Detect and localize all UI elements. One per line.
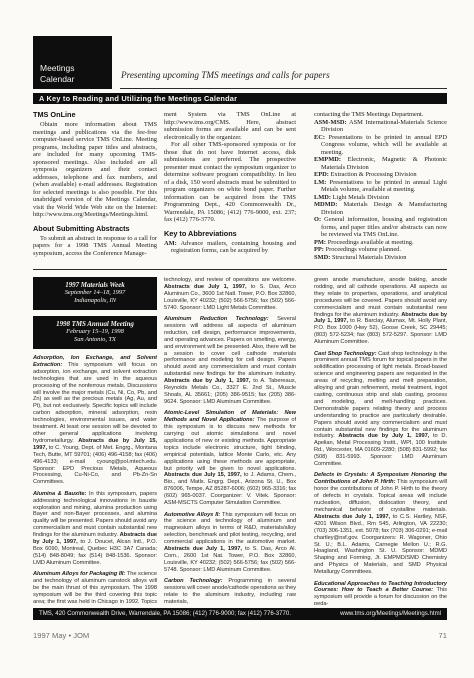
symposium-entry: Educational Approaches to Teaching Intro… (314, 581, 447, 605)
meeting-location: Indianapolis, IN (35, 297, 155, 305)
key-column-2: ment System via TMS OnLine at http://www… (164, 111, 296, 268)
submitting-abstracts-continuation: ment System via TMS OnLine at http://www… (164, 111, 296, 141)
symposium-entry-continuation: green anode manufacture, anode baking, a… (314, 277, 447, 346)
symposium-entry: Aluminum Reduction Technology: Several s… (164, 316, 296, 406)
contact-info-bar: TMS, 420 Commonwealth Drive, Warrendale,… (33, 608, 447, 620)
abbreviation-term: AM: (164, 240, 177, 247)
abbreviation-item: EPD: Extraction & Processing Division (314, 171, 447, 179)
meeting-name: 1997 Materials Week (35, 281, 155, 289)
meeting-name: 1998 TMS Annual Meeting (35, 320, 155, 328)
symposium-title: Educational Approaches to Teaching Intro… (314, 581, 447, 594)
abstracts-due: Abstracts due by July 1, 1997, (164, 378, 250, 384)
symposium-entry: Alumina & Bauxite: In this symposium, pa… (33, 491, 157, 567)
symposium-entry: Adsorption, Ion Exchange, and Solvent Ex… (33, 355, 157, 486)
symposium-contact: to C. Young, Dept. of Met. Engrg., Monta… (33, 445, 157, 486)
symposium-entry: Atomic-Level Simulation of Materials: Ne… (164, 410, 296, 507)
symposium-entry-continuation: technology, and review of operations are… (164, 277, 296, 312)
abbreviation-definition: Extraction & Processing Division (331, 171, 417, 178)
symposium-text: Cast shop technology is the prominent an… (314, 351, 447, 440)
abbreviation-term: O: (314, 216, 321, 223)
abbreviation-definition: Presentations to be printed in annual EP… (321, 134, 447, 156)
issue-label: 1997 May • JOM (33, 631, 89, 640)
abstracts-due: Abstracts due by July 1, 1997, (338, 433, 429, 439)
section-divider-rule (33, 269, 447, 270)
meeting-dates: September 14–18, 1997 (35, 289, 155, 297)
abbreviation-item: PP: Proceedings volume planned. (314, 246, 447, 254)
abbreviation-item: contacting the TMS Meetings Department. (314, 111, 447, 119)
masthead-line1: Meetings (40, 63, 105, 74)
page-footer: 1997 May • JOM 71 (33, 631, 447, 640)
key-column-3-abbreviations: contacting the TMS Meetings Department. … (314, 111, 447, 268)
tms-online-paragraph: Obtain more information about TMS meetin… (33, 121, 157, 219)
abbreviation-item: ASM-MSD: ASM International-Materials Sci… (314, 119, 447, 134)
abbreviation-definition: Proceedings volume planned. (326, 246, 401, 253)
abbreviation-item: LM: Presentations to be printed in annua… (314, 179, 447, 194)
abbreviation-definition: Proceedings available at meeting. (328, 239, 414, 246)
page-number: 71 (439, 631, 447, 640)
symposium-contact: to C.S. Hartley, NSF, 4201 Wilson Blvd.,… (314, 514, 447, 575)
abbreviation-definition: Advance mailers, containing housing and … (171, 240, 296, 255)
abbreviation-term: PP: (314, 246, 324, 253)
abbreviation-term: EC: (314, 134, 325, 141)
abbreviation-term: MDMD: (314, 201, 337, 208)
abbreviation-term: SMD: (314, 254, 330, 261)
abbreviation-am: AM: Advance mailers, containing housing … (164, 240, 296, 255)
abbreviation-definition: contacting the TMS Meetings Department. (314, 111, 423, 118)
abbreviation-item: PM: Proceedings available at meeting. (314, 239, 447, 247)
abbreviation-definition: Materials Design & Manufacturing Divisio… (321, 201, 447, 216)
abbreviation-term: LM: (314, 179, 326, 186)
symposium-title: Carbon Technology: (164, 578, 223, 584)
symposium-entry: Automotive Alloys II: This symposium wil… (164, 512, 296, 574)
symposium-title: Aluminum Alloys for Packaging III: (33, 571, 125, 577)
symposium-title: Alumina & Bauxite: (33, 491, 86, 497)
abstracts-due: Abstracts due July 15, 1997, (164, 472, 242, 478)
abbreviation-item: SMD: Structural Materials Division (314, 254, 447, 262)
abbreviation-term: EPD: (314, 171, 329, 178)
abbreviation-item: O: General information, housing and regi… (314, 216, 447, 239)
tms-address: TMS, 420 Commonwealth Drive, Warrendale,… (39, 608, 291, 620)
tms-online-heading: TMS OnLine (33, 111, 157, 119)
listings-column-3: green anode manufacture, anode baking, a… (314, 277, 447, 605)
tagline: Presenting upcoming TMS meetings and cal… (121, 70, 441, 80)
listings-column-1: 1997 Materials Week September 14–18, 199… (33, 277, 157, 605)
symposium-text: In this symposium, papers addressing tec… (33, 491, 157, 538)
abbreviation-definition: General information, housing and registr… (321, 216, 447, 238)
abbreviation-term: EMPMD: (314, 156, 341, 163)
disk-submissions-paragraph: For all other TMS-sponsored symposia or … (164, 141, 296, 224)
journal-page: Meetings Calendar Presenting upcoming TM… (0, 0, 474, 678)
abbreviation-definition: Light Metals Division (333, 194, 389, 201)
symposium-text: Several sessions will address all aspect… (164, 316, 296, 377)
meeting-location: San Antonio, TX (35, 336, 155, 344)
abbreviation-definition: Structural Materials Division (332, 254, 407, 261)
submitting-abstracts-heading: About Submitting Abstracts (33, 225, 157, 233)
symposium-title: Cast Shop Technology: (314, 351, 376, 357)
abbreviation-item: EMPMD: Electronic, Magnetic & Photonic M… (314, 156, 447, 171)
key-column-1: TMS OnLine Obtain more information about… (33, 111, 157, 268)
abbreviation-term: LMD: (314, 194, 331, 201)
meetings-calendar-masthead: Meetings Calendar (33, 36, 112, 89)
tagline-rule (120, 88, 447, 89)
symposium-text: The purpose of this symposium is to disc… (164, 417, 296, 471)
abbreviation-item: MDMD: Materials Design & Manufacturing D… (314, 201, 447, 216)
masthead-line2: Calendar (40, 74, 105, 85)
meeting-box-1997-materials-week: 1997 Materials Week September 14–18, 199… (33, 277, 157, 310)
key-to-abbreviations-heading: Key to Abbreviations (164, 230, 296, 238)
symposium-title: Aluminum Reduction Technology: (164, 316, 269, 322)
symposium-title: Automotive Alloys II: (164, 512, 220, 518)
abbreviation-item: LMD: Light Metals Division (314, 194, 447, 202)
abstracts-due: Abstracts due July 1, 1997, (314, 514, 390, 520)
meeting-box-1998-tms-annual-meeting: 1998 TMS Annual Meeting February 15–19, … (33, 316, 157, 349)
symposium-entry: Carbon Technology: Programming in severa… (164, 578, 296, 605)
submitting-abstracts-paragraph: To submit an abstract in response to a c… (33, 235, 157, 258)
abbreviation-item: EC: Presentations to be printed in annua… (314, 134, 447, 157)
symposium-entry: Cast Shop Technology: Cast shop technolo… (314, 351, 447, 468)
symposium-text: technology, and review of operations are… (164, 277, 296, 283)
meeting-dates: February 15–19, 1998 (35, 328, 155, 336)
listings-column-2: technology, and review of operations are… (164, 277, 296, 605)
abbreviation-term: ASM-MSD: (314, 119, 347, 126)
symposium-text: This symposium will focus on adsorption,… (33, 362, 157, 444)
section-header-bar: A Key to Reading and Utilizing the Meeti… (33, 93, 447, 104)
symposium-entry: Defects in Crystals: A Symposium Honorin… (314, 472, 447, 576)
meetings-url: www.tms.org/Meetings/Meetings.html (340, 608, 441, 620)
abstracts-due: Abstracts due July 1, 1997, (164, 284, 246, 290)
abbreviation-term: PM: (314, 239, 326, 246)
abstracts-due: Abstracts due July 1, 1997, (164, 546, 242, 552)
abbreviation-definition: Presentations to be printed in annual Li… (321, 179, 447, 194)
symposium-entry: Aluminum Alloys for Packaging III: The s… (33, 571, 157, 605)
